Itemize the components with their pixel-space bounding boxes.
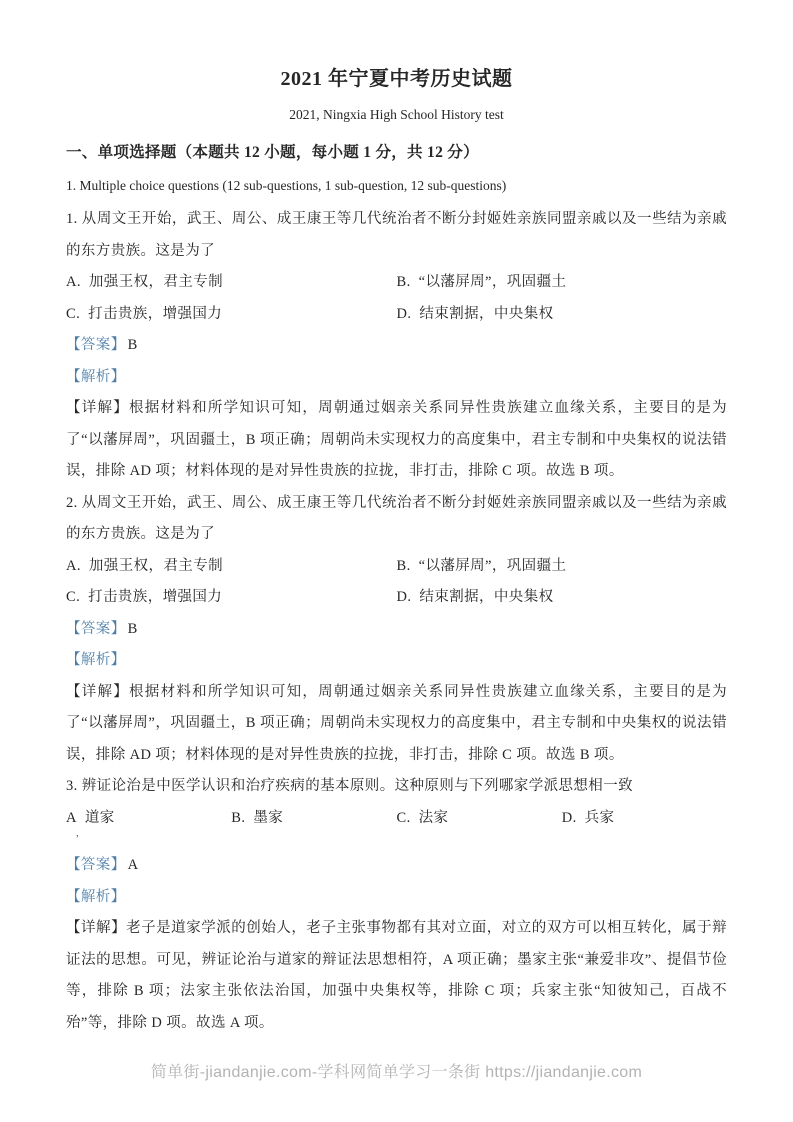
- option-a-label: A: [66, 810, 77, 826]
- answer-label: 【答案】: [66, 337, 126, 353]
- analysis-line: 【解析】: [66, 645, 727, 677]
- question-2-options: A.加强王权，君主专制 B.“以藩屏周”，巩固疆土 C.打击贵族，增强国力 D.…: [66, 551, 727, 614]
- option-b-text: “以藩屏周”，巩固疆土: [419, 558, 567, 574]
- answer-line: 【答案】B: [66, 330, 727, 362]
- answer-label: 【答案】: [66, 857, 126, 873]
- option-a-text: 加强王权，君主专制: [89, 558, 223, 574]
- page-title: 2021 年宁夏中考历史试题: [66, 66, 727, 92]
- detail-paragraph: 【详解】老子是道家学派的创始人，老子主张事物都有其对立面，对立的双方可以相互转化…: [66, 913, 727, 1039]
- option-a: A道家: [66, 803, 231, 835]
- question-3-options: A道家 B.墨家 C.法家 D.兵家: [66, 803, 727, 835]
- option-c: C.打击贵族，增强国力: [66, 582, 397, 614]
- option-b-label: B.: [231, 810, 245, 826]
- option-d: D.结束割据，中央集权: [397, 582, 728, 614]
- option-d-text: 结束割据，中央集权: [419, 589, 553, 605]
- answer-line: 【答案】B: [66, 614, 727, 646]
- answer-value: B: [128, 621, 138, 637]
- detail-label: 【详解】: [66, 920, 126, 936]
- option-c-label: C.: [66, 589, 80, 605]
- option-a-label: A.: [66, 274, 81, 290]
- detail-paragraph: 【详解】根据材料和所学知识可知，周朝通过姻亲关系同异性贵族建立血缘关系，主要目的…: [66, 677, 727, 772]
- option-c-text: 法家: [419, 810, 449, 826]
- question-3-options-wrap: A道家 B.墨家 C.法家 D.兵家 ,: [66, 803, 727, 835]
- question-1-stem: 1. 从周文王开始，武王、周公、成王康王等几代统治者不断分封姬姓亲族同盟亲戚以及…: [66, 204, 727, 267]
- question-3-stem: 3. 辨证论治是中医学认识和治疗疾病的基本原则。这种原则与下列哪家学派思想相一致: [66, 771, 727, 803]
- detail-text: 老子是道家学派的创始人，老子主张事物都有其对立面，对立的双方可以相互转化，属于辩…: [66, 920, 727, 1031]
- detail-label: 【详解】: [66, 400, 129, 416]
- option-b: B.“以藩屏周”，巩固疆土: [397, 551, 728, 583]
- option-d-label: D.: [562, 810, 577, 826]
- answer-label: 【答案】: [66, 621, 126, 637]
- option-b: B.墨家: [231, 803, 396, 835]
- page-subtitle: 2021, Ningxia High School History test: [66, 106, 727, 124]
- question-block-1: 1. 从周文王开始，武王、周公、成王康王等几代统治者不断分封姬姓亲族同盟亲戚以及…: [66, 204, 727, 488]
- option-d-text: 兵家: [585, 810, 615, 826]
- option-c: C.法家: [397, 803, 562, 835]
- option-c: C.打击贵族，增强国力: [66, 299, 397, 331]
- option-a-text: 道家: [85, 810, 115, 826]
- option-d: D.兵家: [562, 803, 727, 835]
- option-c-label: C.: [66, 306, 80, 322]
- footer-watermark: 简单街-jiandanjie.com-学科网简单学习一条街 https://ji…: [0, 1062, 793, 1084]
- section-heading: 一、单项选择题（本题共 12 小题，每小题 1 分，共 12 分）: [66, 142, 727, 164]
- option-b-text: “以藩屏周”，巩固疆土: [419, 274, 567, 290]
- analysis-line: 【解析】: [66, 362, 727, 394]
- document-content: 2021 年宁夏中考历史试题 2021, Ningxia High School…: [0, 0, 793, 1039]
- question-1-options: A.加强王权，君主专制 B.“以藩屏周”，巩固疆土 C.打击贵族，增强国力 D.…: [66, 267, 727, 330]
- option-b-label: B.: [397, 558, 411, 574]
- option-a-label: A.: [66, 558, 81, 574]
- option-a: A.加强王权，君主专制: [66, 551, 397, 583]
- answer-line: 【答案】A: [66, 850, 727, 882]
- answer-value: B: [128, 337, 138, 353]
- option-a-text: 加强王权，君主专制: [89, 274, 223, 290]
- question-block-3: 3. 辨证论治是中医学认识和治疗疾病的基本原则。这种原则与下列哪家学派思想相一致…: [66, 771, 727, 1039]
- analysis-label: 【解析】: [66, 369, 126, 385]
- option-a: A.加强王权，君主专制: [66, 267, 397, 299]
- detail-paragraph: 【详解】根据材料和所学知识可知，周朝通过姻亲关系同异性贵族建立血缘关系，主要目的…: [66, 393, 727, 488]
- option-b: B.“以藩屏周”，巩固疆土: [397, 267, 728, 299]
- option-d-label: D.: [397, 306, 412, 322]
- option-d: D.结束割据，中央集权: [397, 299, 728, 331]
- option-c-text: 打击贵族，增强国力: [88, 306, 222, 322]
- section-note-en: 1. Multiple choice questions (12 sub-que…: [66, 176, 727, 195]
- option-d-label: D.: [397, 589, 412, 605]
- detail-text: 根据材料和所学知识可知，周朝通过姻亲关系同异性贵族建立血缘关系，主要目的是为了“…: [66, 400, 727, 479]
- stray-scan-mark: ,: [76, 828, 79, 839]
- question-2-stem: 2. 从周文王开始，武王、周公、成王康王等几代统治者不断分封姬姓亲族同盟亲戚以及…: [66, 488, 727, 551]
- option-d-text: 结束割据，中央集权: [419, 306, 553, 322]
- question-block-2: 2. 从周文王开始，武王、周公、成王康王等几代统治者不断分封姬姓亲族同盟亲戚以及…: [66, 488, 727, 772]
- option-c-label: C.: [397, 810, 411, 826]
- document-page: 2021 年宁夏中考历史试题 2021, Ningxia High School…: [0, 0, 793, 1122]
- analysis-line: 【解析】: [66, 882, 727, 914]
- option-c-text: 打击贵族，增强国力: [88, 589, 222, 605]
- answer-value: A: [128, 857, 139, 873]
- option-b-text: 墨家: [253, 810, 283, 826]
- option-b-label: B.: [397, 274, 411, 290]
- detail-label: 【详解】: [66, 684, 129, 700]
- detail-text: 根据材料和所学知识可知，周朝通过姻亲关系同异性贵族建立血缘关系，主要目的是为了“…: [66, 684, 727, 763]
- analysis-label: 【解析】: [66, 889, 126, 905]
- analysis-label: 【解析】: [66, 652, 126, 668]
